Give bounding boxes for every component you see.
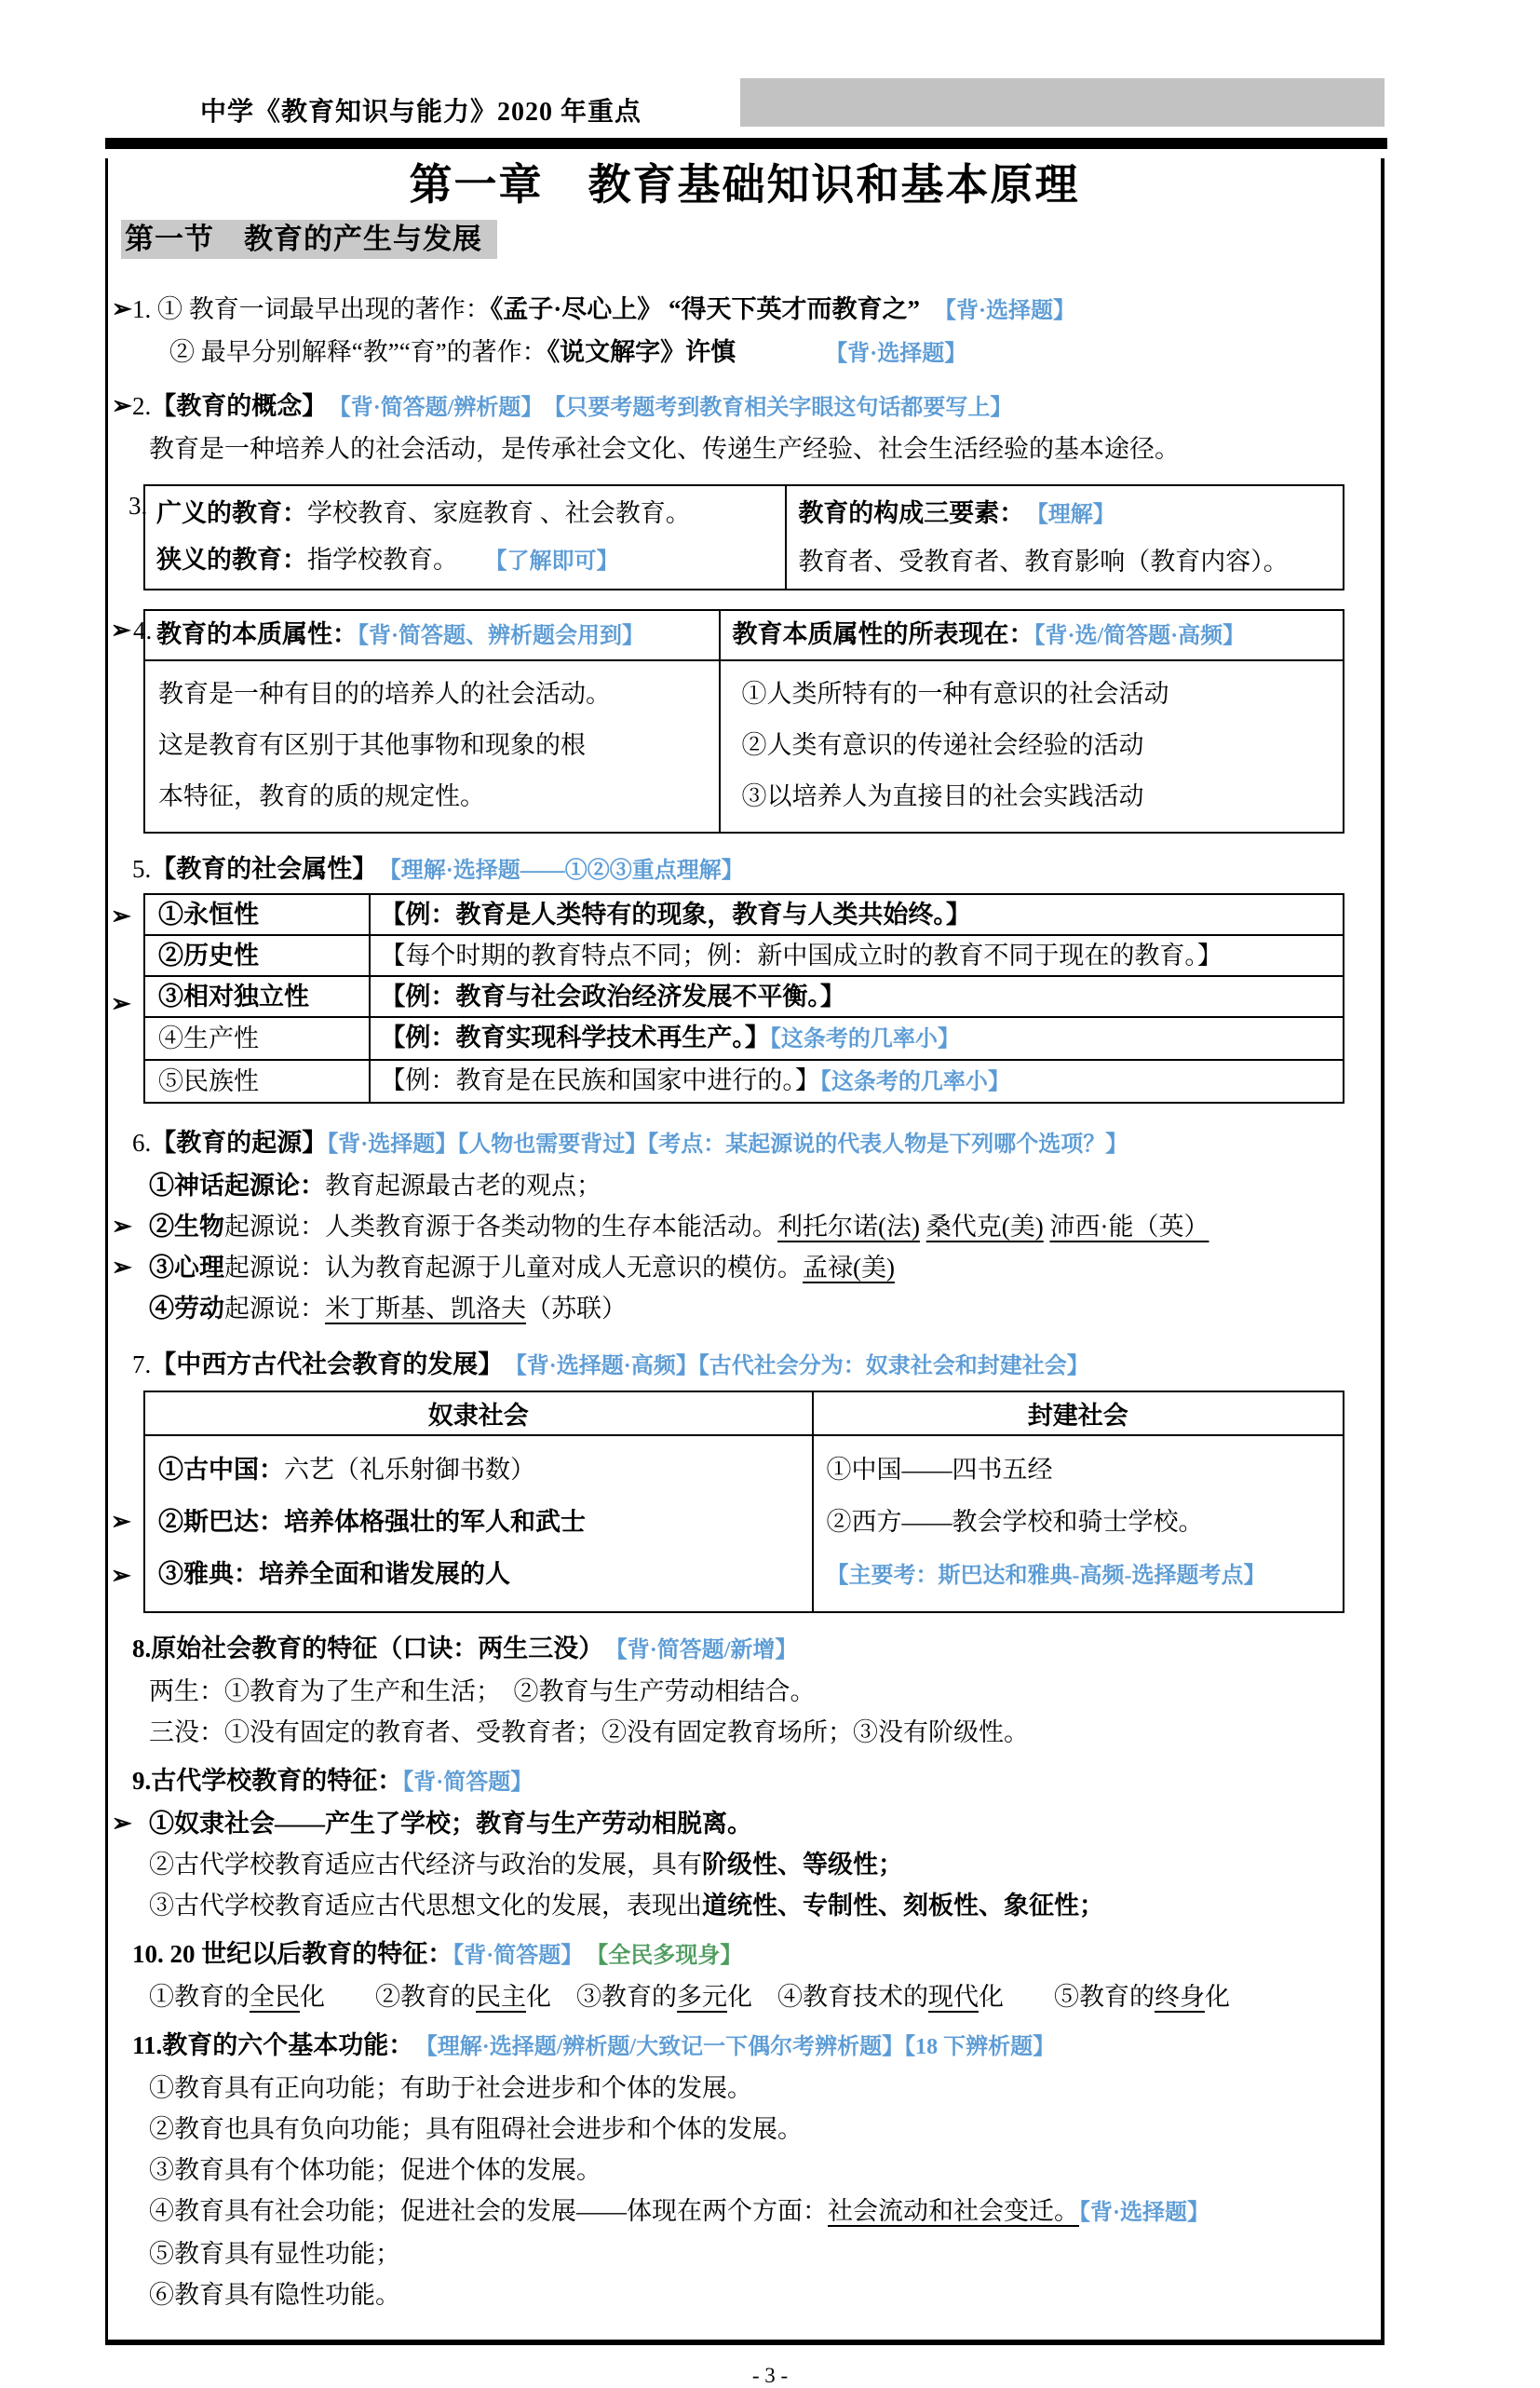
text-run: 《说文解字》许慎 bbox=[547, 338, 736, 366]
text-run: 【背·选择题】【人物也需要背过】【考点：某起源说的代表人物是下列哪个选项？】 bbox=[327, 1133, 1128, 1157]
line-text: ①教育具有正向功能；有助于社会进步和个体的发展。 bbox=[149, 2074, 752, 2102]
column-header: 奴隶社会 bbox=[144, 1391, 813, 1435]
cell-line: ③以培养人为直接目的社会实践活动 bbox=[734, 771, 1331, 822]
table-row: ④生产性 【例：教育实现科学技术再生产。】【这条考的几率小】 bbox=[144, 1017, 1344, 1060]
item-8-line-2: 三没：①没有固定的教育者、受教育者；②没有固定教育场所；③没有阶级性。 bbox=[108, 1712, 1381, 1753]
essential-attribute-table: 教育的本质属性：【背·简答题、辨析题会用到】 教育本质属性的所表现在：【背·选/… bbox=[143, 609, 1344, 834]
cell-line: ③雅典：培养全面和谐发展的人 bbox=[158, 1548, 801, 1600]
table-cell: 教育的本质属性：【背·简答题、辨析题会用到】 bbox=[144, 610, 720, 660]
line-text: ④劳动起源说：米丁斯基、凯洛夫（苏联） bbox=[149, 1295, 627, 1323]
item-2: ➢ 2.【教育的概念】 【背·简答题/辨析题】 【只要考题考到教育相关字眼这句话… bbox=[108, 386, 1381, 469]
cell-line: 这是教育有区别于其他事物和现象的根 bbox=[158, 720, 708, 771]
text-run: 6. bbox=[132, 1129, 151, 1157]
text-run: 教育是一种有目的的培养人的社会活动。 bbox=[158, 680, 611, 708]
text-run: 【主要考：斯巴达和雅典-高频-选择题考点】 bbox=[827, 1564, 1266, 1588]
item-5-heading: 5.【教育的社会属性】 【理解·选择题——①②③重点理解】 bbox=[108, 848, 1381, 891]
cell-line: ⑤民族性 bbox=[158, 1064, 359, 1099]
text-run: 化 ③教育的 bbox=[526, 1983, 677, 2011]
text-run: 【这条考的几率小】 bbox=[770, 1027, 960, 1052]
item-5-table-wrap: ➢ ➢ ①永恒性 【例：教育是人类特有的现象，教育与人类共始终。】 ②历史性 【… bbox=[108, 893, 1381, 1104]
text-run bbox=[736, 338, 836, 366]
text-run: 起源说：人类教育源于各类动物的生存本能活动。 bbox=[224, 1213, 777, 1241]
table-cell: 【例：教育与社会政治经济发展不平衡。】 bbox=[370, 976, 1344, 1017]
line-text: ②教育也具有负向功能；具有阻碍社会进步和个体的发展。 bbox=[149, 2115, 803, 2143]
text-run bbox=[446, 546, 496, 574]
line-text: ①神话起源论：教育起源最古老的观点； bbox=[149, 1172, 601, 1200]
line-text: ⑤教育具有显性功能； bbox=[149, 2240, 400, 2268]
text-run: 【理解】 bbox=[1037, 503, 1115, 527]
column-header: 封建社会 bbox=[813, 1391, 1344, 1435]
cell-line: ①人类所特有的一种有意识的社会活动 bbox=[734, 669, 1331, 720]
table-cell: ②历史性 bbox=[144, 935, 370, 976]
section-heading: 第一节 教育的产生与发展 bbox=[121, 220, 497, 259]
table-row: 广义的教育：学校教育、家庭教育 、社会教育。 狭义的教育：指学校教育。 【了解即… bbox=[144, 485, 1344, 590]
text-run: ①古中国： bbox=[158, 1456, 284, 1484]
emphasis-arrow-icon: ➢ bbox=[112, 386, 132, 427]
item-9: 9.古代学校教育的特征：【背·简答题】 ➢ ①奴隶社会——产生了学校；教育与生产… bbox=[108, 1760, 1381, 1926]
text-run: ④教育具有社会功能；促进社会的发展——体现在两个方面： bbox=[149, 2197, 828, 2225]
text-run: 化 ④教育技术的 bbox=[727, 1983, 928, 2011]
text-run: ③以培养人为直接目的社会实践活动 bbox=[741, 782, 1143, 810]
text-run: ②西方——教会学校和骑士学校。 bbox=[827, 1508, 1204, 1536]
text-run: ③相对独立性 bbox=[158, 983, 309, 1011]
item-9-line-1: ➢ ①奴隶社会——产生了学校；教育与生产劳动相脱离。 bbox=[108, 1803, 1381, 1844]
item-5: 5.【教育的社会属性】 【理解·选择题——①②③重点理解】 ➢ ➢ ①永恒性 【… bbox=[108, 848, 1381, 1104]
text-run: ②教育也具有负向功能；具有阻碍社会进步和个体的发展。 bbox=[149, 2115, 803, 2143]
text-run: 道统性、专制性、刻板性、象征性； bbox=[702, 1892, 1104, 1920]
line-text: ③古代学校教育适应古代思想文化的发展，表现出道统性、专制性、刻板性、象征性； bbox=[149, 1892, 1104, 1920]
text-run: 利托尔诺(法) bbox=[777, 1213, 920, 1241]
line-text: 教育是一种培养人的社会活动，是传承社会文化、传递生产经验、社会生活经验的基本途径… bbox=[149, 435, 1180, 463]
text-run: 教育的构成三要素： bbox=[798, 499, 1012, 527]
text-run: 教育本质属性的所表现在： bbox=[732, 620, 1033, 648]
item-8-line-1: 两生：①教育为了生产和生活； ②教育与生产劳动相结合。 bbox=[108, 1671, 1381, 1712]
item-10: 10. 20 世纪以后教育的特征：【背·简答题】 【全民多现身】 ①教育的全民化… bbox=[108, 1933, 1381, 2017]
text-run: 多元 bbox=[677, 1983, 727, 2011]
item-10-heading: 10. 20 世纪以后教育的特征：【背·简答题】 【全民多现身】 bbox=[108, 1933, 1381, 1976]
text-run bbox=[572, 1940, 597, 1968]
line-text: 两生：①教育为了生产和生活； ②教育与生产劳动相结合。 bbox=[149, 1677, 816, 1705]
text-run: ①中国——四书五经 bbox=[827, 1456, 1053, 1484]
item-11-line-3: ③教育具有个体功能；促进个体的发展。 bbox=[108, 2150, 1381, 2191]
item-9-heading: 9.古代学校教育的特征：【背·简答题】 bbox=[108, 1760, 1381, 1803]
cell-line: ①古中国：六艺（礼乐射御书数） bbox=[158, 1444, 801, 1496]
text-run: ③心理 bbox=[149, 1254, 224, 1282]
text-run: 教育者、受教育者、教育影响（教育内容）。 bbox=[798, 548, 1289, 576]
line-text: 6.【教育的起源】【背·选择题】【人物也需要背过】【考点：某起源说的代表人物是下… bbox=[132, 1129, 1128, 1157]
text-run: 9.古代学校教育的特征： bbox=[132, 1767, 402, 1795]
text-run: ③古代学校教育适应古代思想文化的发展，表现出 bbox=[149, 1892, 702, 1920]
text-run: 社会流动和社会变迁。 bbox=[828, 2197, 1079, 2225]
item-6-line-4: ④劳动起源说：米丁斯基、凯洛夫（苏联） bbox=[108, 1288, 1381, 1329]
cell-line: ②历史性 bbox=[158, 938, 359, 973]
cell-line: 教育的构成三要素： 【理解】 bbox=[798, 490, 1331, 538]
table-cell: 教育是一种有目的的培养人的社会活动。 这是教育有区别于其他事物和现象的根 本特征… bbox=[144, 660, 720, 833]
social-attribute-table: ①永恒性 【例：教育是人类特有的现象，教育与人类共始终。】 ②历史性 【每个时期… bbox=[143, 893, 1344, 1104]
text-run: 米丁斯基、凯洛夫 bbox=[325, 1295, 526, 1323]
text-run: 三没：①没有固定的教育者、受教育者；②没有固定教育场所；③没有阶级性。 bbox=[149, 1718, 1029, 1746]
item-7-heading: 7.【中西方古代社会教育的发展】 【背·选择题·高频】【古代社会分为：奴隶社会和… bbox=[108, 1344, 1381, 1387]
item-9-line-2: ②古代学校教育适应古代经济与政治的发展，具有阶级性、等级性； bbox=[108, 1844, 1381, 1885]
line-text: 10. 20 世纪以后教育的特征：【背·简答题】 【全民多现身】 bbox=[132, 1940, 742, 1968]
text-run: 【教育的社会属性】 bbox=[151, 855, 365, 883]
text-run: 民主 bbox=[476, 1983, 526, 2011]
table-row: 教育是一种有目的的培养人的社会活动。 这是教育有区别于其他事物和现象的根 本特征… bbox=[144, 660, 1344, 833]
item-11: 11.教育的六个基本功能： 【理解·选择题/辨析题/大致记一下偶尔考辨析题】【1… bbox=[108, 2025, 1381, 2315]
text-run: 六艺（礼乐射御书数） bbox=[284, 1456, 535, 1484]
cell-line: 教育是一种有目的的培养人的社会活动。 bbox=[158, 669, 708, 720]
line-text: 9.古代学校教育的特征：【背·简答题】 bbox=[132, 1767, 533, 1795]
text-run: 起源说： bbox=[224, 1295, 325, 1323]
text-run bbox=[401, 2031, 426, 2059]
table-cell: ①中国——四书五经 ②西方——教会学校和骑士学校。 【主要考：斯巴达和雅典-高频… bbox=[813, 1435, 1344, 1612]
text-run: ⑥教育具有隐性功能。 bbox=[149, 2281, 400, 2309]
table-cell: 【例：教育是在民族和国家中进行的。】【这条考的几率小】 bbox=[370, 1060, 1344, 1103]
text-run: ⑤民族性 bbox=[158, 1067, 259, 1095]
table-cell: ③相对独立性 bbox=[144, 976, 370, 1017]
text-run: ③雅典：培养全面和谐发展的人 bbox=[158, 1560, 510, 1588]
text-run bbox=[920, 1213, 926, 1241]
line-text: 三没：①没有固定的教育者、受教育者；②没有固定教育场所；③没有阶级性。 bbox=[149, 1718, 1029, 1746]
item-7-table-wrap: ➢ ➢ 奴隶社会 封建社会 ①古中国：六艺（礼乐射御书数） ②斯巴达：培养体格强… bbox=[108, 1391, 1381, 1613]
text-run bbox=[591, 1635, 616, 1662]
item-number: 4. bbox=[133, 617, 152, 645]
text-run: ③教育具有个体功能；促进个体的发展。 bbox=[149, 2156, 601, 2184]
cell-line: 【例：教育与社会政治经济发展不平衡。】 bbox=[380, 979, 1333, 1014]
table-cell: 教育的构成三要素： 【理解】 教育者、受教育者、教育影响（教育内容）。 bbox=[786, 485, 1344, 590]
cell-line: 教育者、受教育者、教育影响（教育内容）。 bbox=[798, 538, 1331, 585]
line-text: 5.【教育的社会属性】 【理解·选择题——①②③重点理解】 bbox=[132, 855, 744, 883]
header-rule bbox=[105, 138, 1387, 149]
text-run: 【背·选择题·高频】【古代社会分为：奴隶社会和封建社会】 bbox=[516, 1354, 1089, 1378]
text-run: 【了解即可】 bbox=[496, 550, 619, 574]
text-run: 两生：①教育为了生产和生活； ②教育与生产劳动相结合。 bbox=[149, 1677, 816, 1705]
text-run: 教育的本质属性： bbox=[156, 620, 358, 648]
text-run: 阶级性、等级性； bbox=[702, 1851, 903, 1879]
item-3: 3. 广义的教育：学校教育、家庭教育 、社会教育。 狭义的教育：指学校教育。 【… bbox=[108, 484, 1381, 590]
text-run: 1. ① 教育一词最早出现的著作： bbox=[132, 295, 491, 323]
table-row: ③相对独立性 【例：教育与社会政治经济发展不平衡。】 bbox=[144, 976, 1344, 1017]
line-text: ①奴隶社会——产生了学校；教育与生产劳动相脱离。 bbox=[149, 1810, 752, 1838]
item-4: ➢ 4. 教育的本质属性：【背·简答题、辨析题会用到】 教育本质属性的所表现在：… bbox=[108, 609, 1381, 834]
text-run: ①教育的 bbox=[149, 1983, 250, 2011]
emphasis-arrow-icon: ➢ bbox=[112, 1247, 132, 1288]
cell-line: 教育的本质属性：【背·简答题、辨析题会用到】 bbox=[156, 615, 708, 656]
cell-line: 【主要考：斯巴达和雅典-高频-选择题考点】 bbox=[827, 1548, 1331, 1602]
item-1: ➢ 1. ① 教育一词最早出现的著作：《孟子·尽心上》 “得天下英才而教育之” … bbox=[108, 289, 1381, 374]
emphasis-arrow-icon: ➢ bbox=[112, 1206, 132, 1247]
cell-line: ③相对独立性 bbox=[158, 979, 359, 1014]
text-run: 起源说：认为教育起源于儿童对成人无意识的模仿。 bbox=[224, 1254, 803, 1282]
text-run: ①永恒性 bbox=[158, 901, 259, 929]
document-page: 中学《教育知识与能力》2020 年重点 第一章 教育基础知识和基本原理 第一节 … bbox=[0, 0, 1540, 2388]
item-8-heading: 8.原始社会教育的特征（口诀：两生三没） 【背·简答题/新增】 bbox=[108, 1628, 1381, 1671]
text-run: 5. bbox=[132, 855, 151, 883]
text-run: 沛西·能（英） bbox=[1049, 1213, 1209, 1241]
text-run: 【教育的概念】 bbox=[151, 392, 315, 420]
table-cell: ④生产性 bbox=[144, 1017, 370, 1060]
text-run bbox=[491, 1350, 516, 1378]
text-run: 2. bbox=[132, 392, 151, 420]
cell-line: ①中国——四书五经 bbox=[827, 1444, 1331, 1496]
text-run: ② 最早分别解释“教”“育”的著作： bbox=[169, 338, 547, 366]
cell-line: 狭义的教育：指学校教育。 【了解即可】 bbox=[156, 536, 774, 585]
line-text: ③教育具有个体功能；促进个体的发展。 bbox=[149, 2156, 601, 2184]
cell-line: ②西方——教会学校和骑士学校。 bbox=[827, 1496, 1331, 1548]
text-run: ①神话起源论： bbox=[149, 1172, 325, 1200]
text-run bbox=[315, 392, 340, 420]
text-run: 【例：教育是在民族和国家中进行的。】 bbox=[380, 1066, 820, 1094]
cell-line: 【例：教育是在民族和国家中进行的。】【这条考的几率小】 bbox=[380, 1063, 1333, 1100]
item-9-line-3: ③古代学校教育适应古代思想文化的发展，表现出道统性、专制性、刻板性、象征性； bbox=[108, 1885, 1381, 1926]
text-run: 教育起源最古老的观点； bbox=[325, 1172, 601, 1200]
text-run: 10. 20 世纪以后教育的特征： bbox=[132, 1940, 453, 1968]
line-text: ⑥教育具有隐性功能。 bbox=[149, 2281, 400, 2309]
item-11-line-1: ①教育具有正向功能；有助于社会进步和个体的发展。 bbox=[108, 2068, 1381, 2109]
cell-line: ④生产性 bbox=[158, 1021, 359, 1056]
text-run: 教育是一种培养人的社会活动，是传承社会文化、传递生产经验、社会生活经验的基本途径… bbox=[149, 435, 1180, 463]
text-run bbox=[920, 295, 945, 323]
line-text: ④教育具有社会功能；促进社会的发展——体现在两个方面：社会流动和社会变迁。【背·… bbox=[149, 2197, 1209, 2225]
item-10-line-1: ①教育的全民化 ②教育的民主化 ③教育的多元化 ④教育技术的现代化 ⑤教育的终身… bbox=[108, 1976, 1381, 2017]
emphasis-arrow-icon: ➢ bbox=[111, 902, 131, 930]
emphasis-arrow-icon: ➢ bbox=[111, 1562, 131, 1590]
text-run bbox=[365, 855, 390, 883]
text-run: ①教育具有正向功能；有助于社会进步和个体的发展。 bbox=[149, 2074, 752, 2102]
text-run: 学校教育、家庭教育 、社会教育。 bbox=[307, 499, 691, 527]
line-text: 1. ① 教育一词最早出现的著作：《孟子·尽心上》 “得天下英才而教育之” 【背… bbox=[132, 295, 1075, 323]
cell-line: 广义的教育：学校教育、家庭教育 、社会教育。 bbox=[156, 490, 774, 536]
text-run: 指学校教育。 bbox=[307, 546, 446, 574]
table-cell: ①人类所特有的一种有意识的社会活动 ②人类有意识的传递社会经验的活动 ③以培养人… bbox=[720, 660, 1344, 833]
text-run: 【背·选择题】 bbox=[836, 342, 966, 366]
text-run: 【背·简答题】 bbox=[402, 1771, 533, 1795]
text-run: 广义的教育： bbox=[156, 499, 307, 527]
table-cell: ①永恒性 bbox=[144, 894, 370, 935]
table-cell: ①古中国：六艺（礼乐射御书数） ②斯巴达：培养体格强壮的军人和武士 ③雅典：培养… bbox=[144, 1435, 813, 1612]
cell-line: 【每个时期的教育特点不同；例：新中国成立时的教育不同于现在的教育。】 bbox=[380, 938, 1333, 973]
line-text: ③心理起源说：认为教育起源于儿童对成人无意识的模仿。孟禄(美) bbox=[149, 1254, 895, 1282]
text-run: ②斯巴达：培养体格强壮的军人和武士 bbox=[158, 1508, 586, 1536]
text-run: ④劳动 bbox=[149, 1295, 224, 1323]
text-run: （苏联） bbox=[526, 1295, 627, 1323]
text-run: 孟禄(美) bbox=[803, 1254, 895, 1282]
chapter-title: 第一章 教育基础知识和基本原理 bbox=[108, 158, 1381, 212]
text-run: 【背·简答题/新增】 bbox=[616, 1638, 798, 1662]
item-11-line-4: ④教育具有社会功能；促进社会的发展——体现在两个方面：社会流动和社会变迁。【背·… bbox=[108, 2191, 1381, 2233]
text-run: 这是教育有区别于其他事物和现象的根 bbox=[158, 731, 586, 759]
text-run: 【例：教育实现科学技术再生产。】 bbox=[380, 1024, 770, 1052]
text-run: 【背·简答题、辨析题会用到】 bbox=[358, 624, 644, 648]
text-run: 化 bbox=[1205, 1983, 1230, 2011]
table-row: ②历史性 【每个时期的教育特点不同；例：新中国成立时的教育不同于现在的教育。】 bbox=[144, 935, 1344, 976]
item-11-line-2: ②教育也具有负向功能；具有阻碍社会进步和个体的发展。 bbox=[108, 2109, 1381, 2150]
text-run: ②历史性 bbox=[158, 942, 259, 970]
emphasis-arrow-icon: ➢ bbox=[112, 1803, 132, 1844]
text-run: 现代 bbox=[928, 1983, 979, 2011]
item-number: 3. bbox=[128, 492, 147, 521]
item-6-heading: 6.【教育的起源】【背·选择题】【人物也需要背过】【考点：某起源说的代表人物是下… bbox=[108, 1122, 1381, 1165]
line-text: ①教育的全民化 ②教育的民主化 ③教育的多元化 ④教育技术的现代化 ⑤教育的终身… bbox=[149, 1983, 1230, 2011]
line-text: 11.教育的六个基本功能： 【理解·选择题/辨析题/大致记一下偶尔考辨析题】【1… bbox=[132, 2031, 1055, 2059]
table-cell: 【例：教育是人类特有的现象，教育与人类共始终。】 bbox=[370, 894, 1344, 935]
cell-line: ②人类有意识的传递社会经验的活动 bbox=[734, 720, 1331, 771]
item-6: 6.【教育的起源】【背·选择题】【人物也需要背过】【考点：某起源说的代表人物是下… bbox=[108, 1122, 1381, 1329]
text-run: 【理解·选择题——①②③重点理解】 bbox=[390, 859, 744, 883]
section-heading-row: 第一节 教育的产生与发展 bbox=[121, 220, 1381, 259]
emphasis-arrow-icon: ➢ bbox=[111, 617, 131, 644]
text-run: 【背·简答题】 bbox=[453, 1944, 572, 1968]
line-text: 2.【教育的概念】 【背·简答题/辨析题】 【只要考题考到教育相关字眼这句话都要… bbox=[132, 392, 1012, 420]
text-run: 桑代克(美) bbox=[926, 1213, 1044, 1241]
table-header-row: 教育的本质属性：【背·简答题、辨析题会用到】 教育本质属性的所表现在：【背·选/… bbox=[144, 610, 1344, 660]
emphasis-arrow-icon: ➢ bbox=[112, 289, 132, 330]
text-run: 8.原始社会教育的特征（口诀：两生三没） bbox=[132, 1635, 591, 1662]
content-frame: 第一章 教育基础知识和基本原理 第一节 教育的产生与发展 ➢ 1. ① 教育一词… bbox=[105, 158, 1385, 2345]
header-gray-box bbox=[740, 78, 1385, 127]
text-run: 本特征，教育的质的规定性。 bbox=[158, 782, 485, 810]
emphasis-arrow-icon: ➢ bbox=[111, 990, 131, 1018]
item-6-line-1: ①神话起源论：教育起源最古老的观点； bbox=[108, 1165, 1381, 1206]
table-cell: ⑤民族性 bbox=[144, 1060, 370, 1103]
item-6-line-3: ➢ ③心理起源说：认为教育起源于儿童对成人无意识的模仿。孟禄(美) bbox=[108, 1247, 1381, 1288]
text-run: 《孟子·尽心上》 “得天下英才而教育之” bbox=[491, 295, 920, 323]
text-run: 【每个时期的教育特点不同；例：新中国成立时的教育不同于现在的教育。】 bbox=[380, 942, 1223, 970]
cell-line: ①永恒性 bbox=[158, 897, 359, 932]
item-7: 7.【中西方古代社会教育的发展】 【背·选择题·高频】【古代社会分为：奴隶社会和… bbox=[108, 1344, 1381, 1613]
table-row: ⑤民族性 【例：教育是在民族和国家中进行的。】【这条考的几率小】 bbox=[144, 1060, 1344, 1103]
text-run: ⑤教育具有显性功能； bbox=[149, 2240, 400, 2268]
text-run: 【例：教育是人类特有的现象，教育与人类共始终。】 bbox=[380, 901, 971, 929]
text-run: 终身 bbox=[1155, 1983, 1205, 2011]
text-run: ②人类有意识的传递社会经验的活动 bbox=[741, 731, 1143, 759]
text-run: 11.教育的六个基本功能： bbox=[132, 2031, 401, 2059]
emphasis-arrow-icon: ➢ bbox=[111, 1508, 131, 1536]
education-definition-table: 广义的教育：学校教育、家庭教育 、社会教育。 狭义的教育：指学校教育。 【了解即… bbox=[143, 484, 1344, 590]
table-row: ①古中国：六艺（礼乐射御书数） ②斯巴达：培养体格强壮的军人和武士 ③雅典：培养… bbox=[144, 1435, 1344, 1612]
text-run: 【背·选择题】 bbox=[1079, 2201, 1209, 2225]
item-11-heading: 11.教育的六个基本功能： 【理解·选择题/辨析题/大致记一下偶尔考辨析题】【1… bbox=[108, 2025, 1381, 2068]
table-header-row: 奴隶社会 封建社会 bbox=[144, 1391, 1344, 1435]
page-number: - 3 - bbox=[0, 2364, 1540, 2388]
item-6-line-2: ➢ ②生物起源说：人类教育源于各类动物的生存本能活动。利托尔诺(法) 桑代克(美… bbox=[108, 1206, 1381, 1247]
text-run: 化 ⑤教育的 bbox=[979, 1983, 1155, 2011]
text-run: 【中西方古代社会教育的发展】 bbox=[151, 1350, 491, 1378]
text-run: 【背·简答题/辨析题】 【只要考题考到教育相关字眼这句话都要写上】 bbox=[340, 396, 1013, 420]
cell-line: 教育本质属性的所表现在：【背·选/简答题·高频】 bbox=[732, 615, 1331, 656]
table-cell: 广义的教育：学校教育、家庭教育 、社会教育。 狭义的教育：指学校教育。 【了解即… bbox=[144, 485, 786, 590]
item-1-line-2: ② 最早分别解释“教”“育”的著作：《说文解字》许慎 【背·选择题】 bbox=[108, 332, 1381, 374]
item-2-heading: ➢ 2.【教育的概念】 【背·简答题/辨析题】 【只要考题考到教育相关字眼这句话… bbox=[108, 386, 1381, 428]
cell-line: ②斯巴达：培养体格强壮的军人和武士 bbox=[158, 1496, 801, 1548]
text-run: 【背·选/简答题·高频】 bbox=[1033, 624, 1245, 648]
table-cell: 【每个时期的教育特点不同；例：新中国成立时的教育不同于现在的教育。】 bbox=[370, 935, 1344, 976]
text-run: ④生产性 bbox=[158, 1024, 259, 1052]
text-run: 【理解·选择题/辨析题/大致记一下偶尔考辨析题】【18 下辨析题】 bbox=[426, 2035, 1055, 2059]
table-cell: 【例：教育实现科学技术再生产。】【这条考的几率小】 bbox=[370, 1017, 1344, 1060]
text-run: 全民 bbox=[250, 1983, 300, 2011]
line-text: 7.【中西方古代社会教育的发展】 【背·选择题·高频】【古代社会分为：奴隶社会和… bbox=[132, 1350, 1089, 1378]
line-text: 8.原始社会教育的特征（口诀：两生三没） 【背·简答题/新增】 bbox=[132, 1635, 797, 1662]
ancient-education-table: 奴隶社会 封建社会 ①古中国：六艺（礼乐射御书数） ②斯巴达：培养体格强壮的军人… bbox=[143, 1391, 1344, 1613]
item-1-line-1: ➢ 1. ① 教育一词最早出现的著作：《孟子·尽心上》 “得天下英才而教育之” … bbox=[108, 289, 1381, 332]
text-run: 【例：教育与社会政治经济发展不平衡。】 bbox=[380, 983, 845, 1011]
text-run: ②古代学校教育适应古代经济与政治的发展，具有 bbox=[149, 1851, 702, 1879]
line-text: ②古代学校教育适应古代经济与政治的发展，具有阶级性、等级性； bbox=[149, 1851, 903, 1879]
text-run: 【这条考的几率小】 bbox=[820, 1070, 1010, 1094]
text-run: 【全民多现身】 bbox=[597, 1944, 742, 1968]
table-cell: 教育本质属性的所表现在：【背·选/简答题·高频】 bbox=[720, 610, 1344, 660]
text-run: 化 ②教育的 bbox=[300, 1983, 476, 2011]
text-run: 【教育的起源】 bbox=[151, 1129, 327, 1157]
line-text: ② 最早分别解释“教”“育”的著作：《说文解字》许慎 【背·选择题】 bbox=[169, 338, 966, 366]
text-run: 7. bbox=[132, 1350, 151, 1378]
text-run: 【背·选择题】 bbox=[945, 299, 1075, 323]
item-2-definition: 教育是一种培养人的社会活动，是传承社会文化、传递生产经验、社会生活经验的基本途径… bbox=[108, 428, 1381, 469]
text-run: ①人类所特有的一种有意识的社会活动 bbox=[741, 680, 1169, 708]
table-row: ①永恒性 【例：教育是人类特有的现象，教育与人类共始终。】 bbox=[144, 894, 1344, 935]
text-run: 狭义的教育： bbox=[156, 546, 307, 574]
cell-line: 【例：教育是人类特有的现象，教育与人类共始终。】 bbox=[380, 897, 1333, 932]
item-11-line-5: ⑤教育具有显性功能； bbox=[108, 2233, 1381, 2274]
cell-line: 本特征，教育的质的规定性。 bbox=[158, 771, 708, 822]
page-header: 中学《教育知识与能力》2020 年重点 bbox=[0, 0, 1540, 138]
text-run: ②生物 bbox=[149, 1213, 224, 1241]
text-run: ①奴隶社会——产生了学校；教育与生产劳动相脱离。 bbox=[149, 1810, 752, 1838]
item-11-line-6: ⑥教育具有隐性功能。 bbox=[108, 2274, 1381, 2315]
line-text: ②生物起源说：人类教育源于各类动物的生存本能活动。利托尔诺(法) 桑代克(美) … bbox=[149, 1213, 1209, 1241]
header-title: 中学《教育知识与能力》2020 年重点 bbox=[200, 91, 642, 129]
cell-line: 【例：教育实现科学技术再生产。】【这条考的几率小】 bbox=[380, 1020, 1333, 1057]
item-8: 8.原始社会教育的特征（口诀：两生三没） 【背·简答题/新增】 两生：①教育为了… bbox=[108, 1628, 1381, 1753]
text-run bbox=[1012, 499, 1037, 527]
